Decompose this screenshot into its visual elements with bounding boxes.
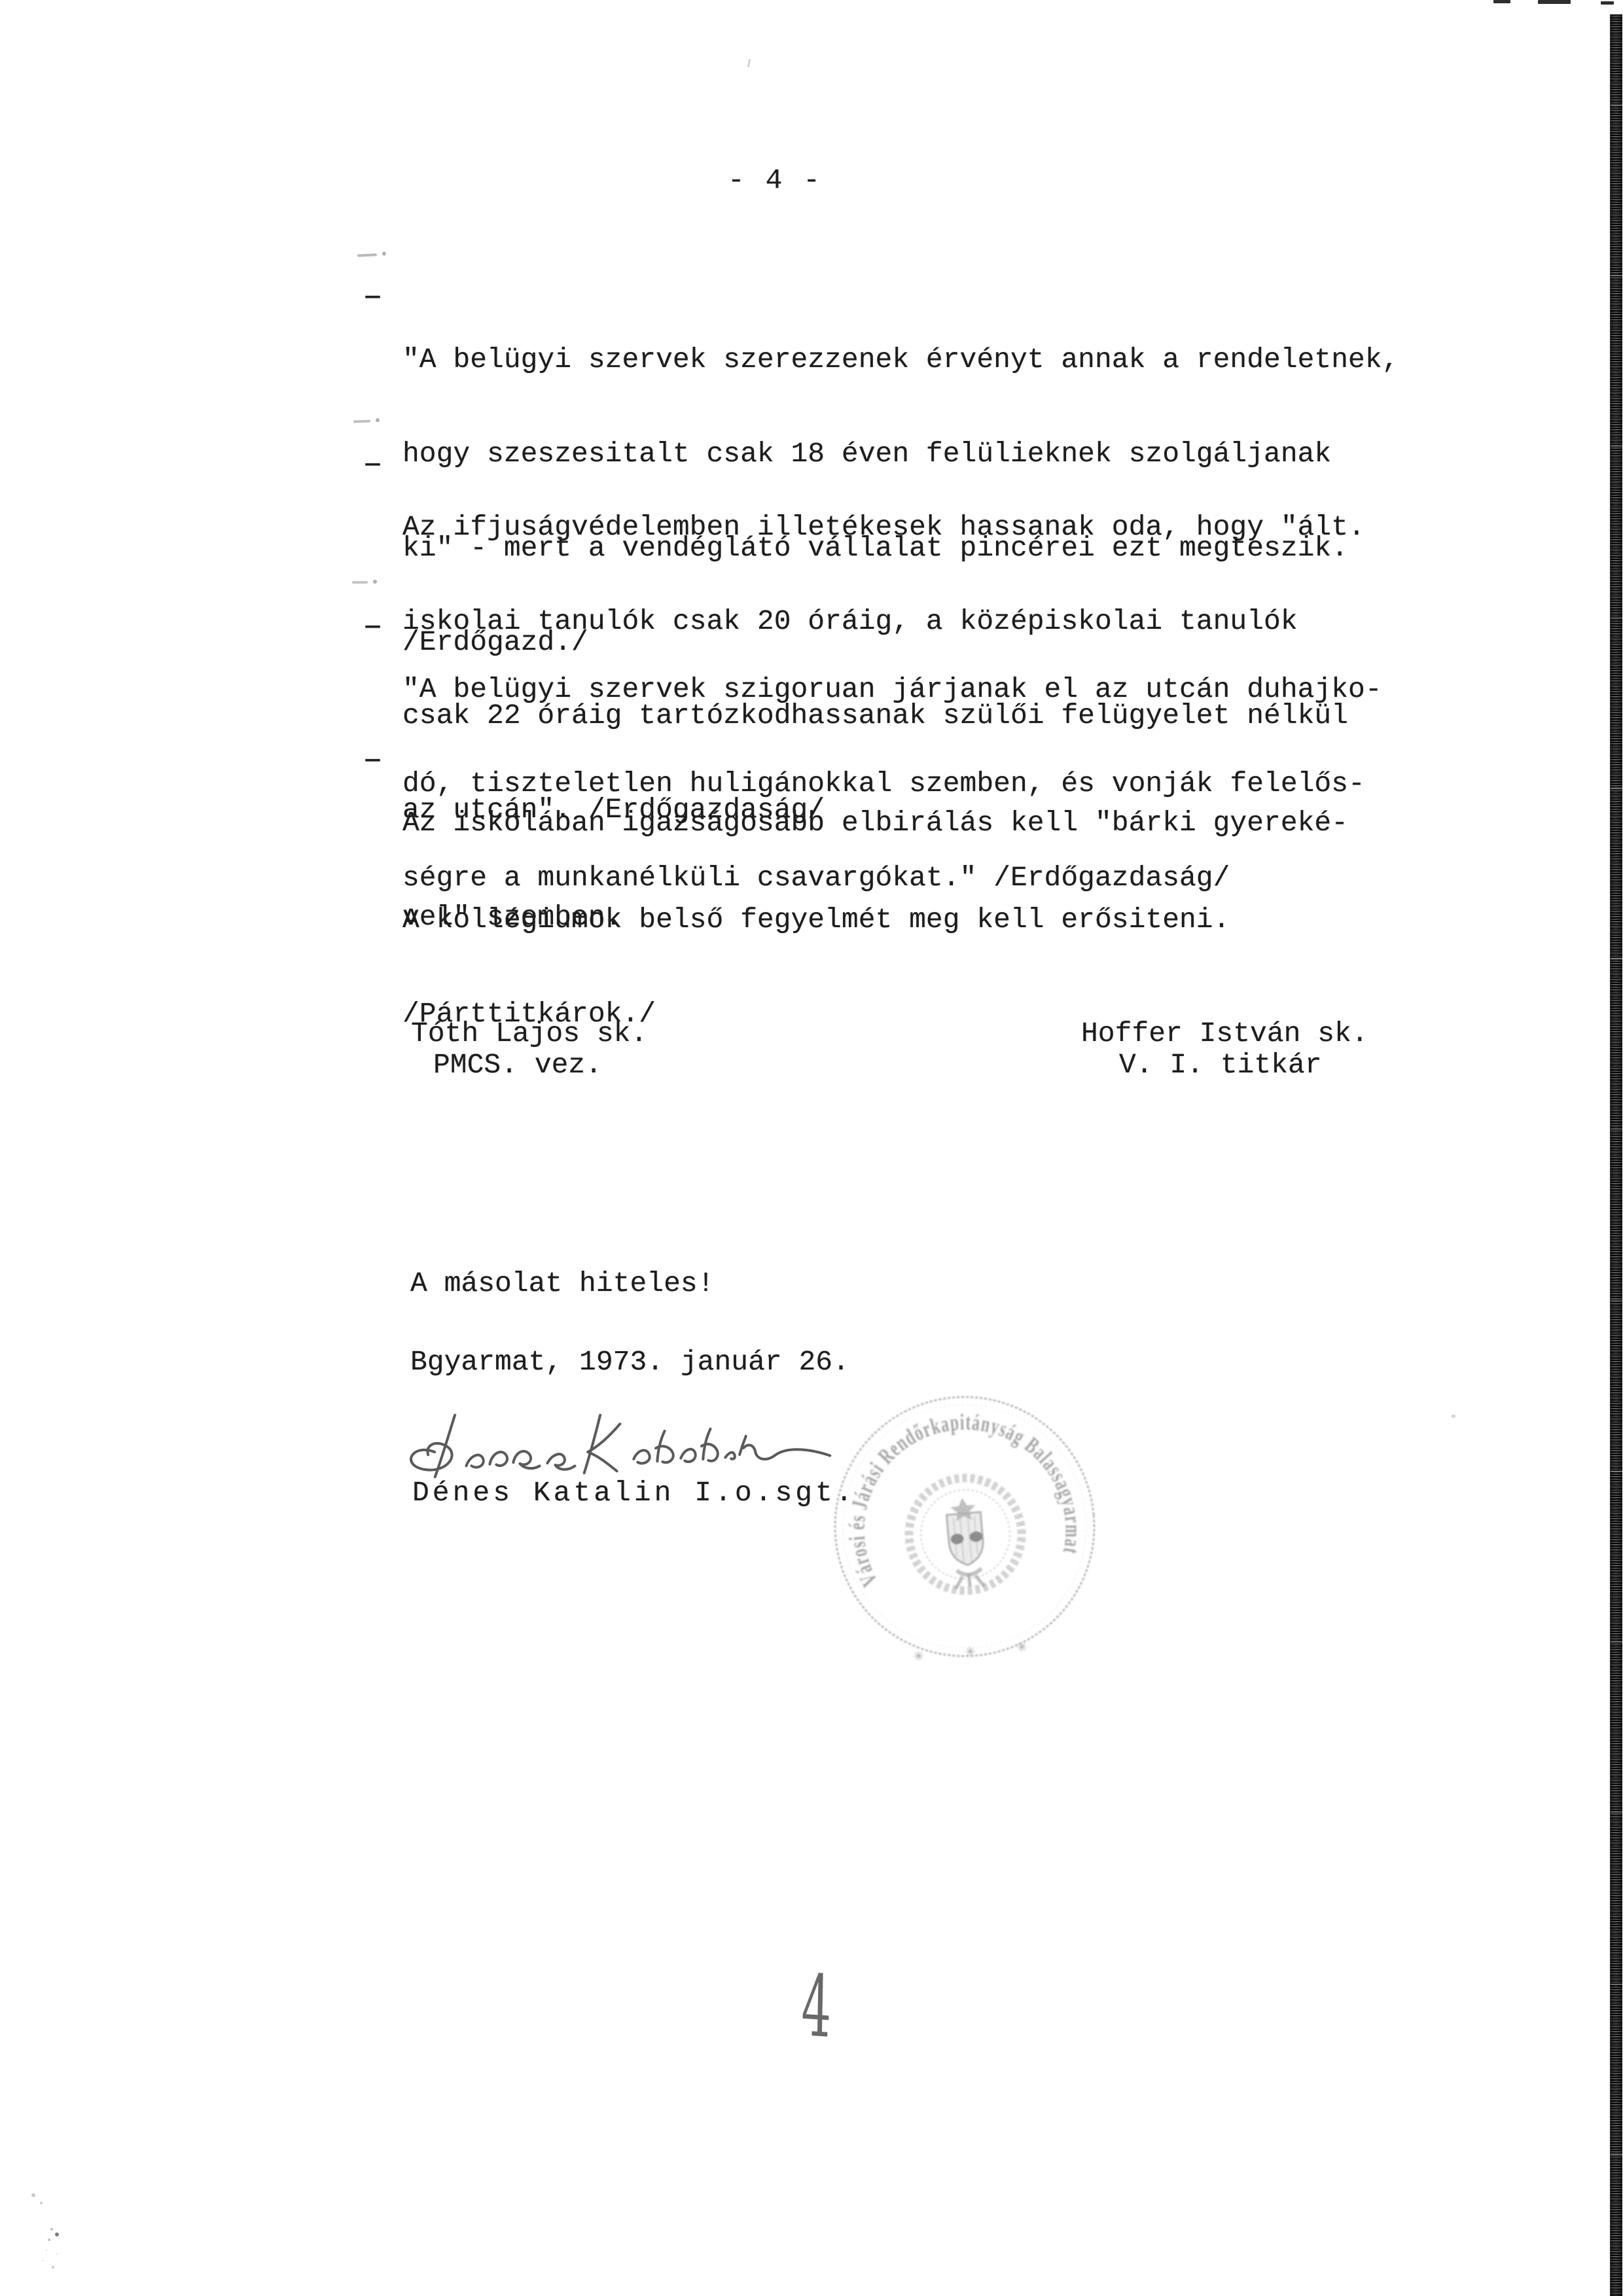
- smudge-mark: [747, 59, 751, 67]
- scanner-edge-dash: [1601, 1, 1614, 5]
- bullet-marker: -: [357, 449, 444, 480]
- stamp-stars: ✳ ✳ ✳: [913, 1635, 1044, 1666]
- bullet-marker: -: [357, 281, 444, 313]
- signatory-title: V. I. titkár: [1081, 1050, 1368, 1081]
- pencil-dot-cluster: [31, 2193, 35, 2197]
- scanner-edge-dash: [1493, 0, 1510, 3]
- signature-block-left: Tóth Lajos sk. PMCS. vez.: [411, 1018, 647, 1081]
- smudge-mark: [1452, 1415, 1455, 1418]
- smudge-mark: [352, 581, 368, 584]
- bullet-line: "A belügyi szervek szigoruan járjanak el…: [402, 674, 1382, 705]
- signature-block-right: Hoffer István sk. V. I. titkár: [1081, 1018, 1368, 1081]
- scanner-edge-strip: [1610, 14, 1622, 2296]
- scanner-edge-dash: [1538, 0, 1571, 4]
- bullet-marker: -: [357, 745, 444, 776]
- bullet-line: "A belügyi szervek szerezzenek érvényt a…: [402, 344, 1399, 376]
- certification-statement: A másolat hiteles!: [410, 1268, 714, 1299]
- signatory-name: Tóth Lajos sk.: [411, 1018, 647, 1050]
- scanned-document-page: - 4 - - "A belügyi szervek szerezzenek é…: [0, 0, 1623, 2296]
- signatory-title: PMCS. vez.: [411, 1050, 647, 1081]
- page-number-bottom-handwritten: 4: [801, 1963, 832, 2050]
- stamp-emblem: [904, 1474, 1026, 1595]
- bullet-line: Az ifjuságvédelemben illetékesek hassana…: [402, 512, 1365, 543]
- smudge-mark: [357, 253, 377, 257]
- date-line: Bgyarmat, 1973. január 26.: [410, 1347, 849, 1378]
- closing-line: A kollégiumok belső fegyelmét meg kell e…: [402, 904, 1230, 936]
- bullet-marker: -: [357, 611, 444, 643]
- page-number-top: - 4 -: [728, 165, 822, 196]
- certifier-typed-name: Dénes Katalin I.o.sgt.: [412, 1477, 856, 1509]
- police-stamp: Városi és Járási Rendőrkapitányság Balas…: [808, 1369, 1122, 1684]
- signatory-name: Hoffer István sk.: [1081, 1018, 1368, 1050]
- bullet-line: Az iskolában igazságosabb elbirálás kell…: [402, 807, 1348, 839]
